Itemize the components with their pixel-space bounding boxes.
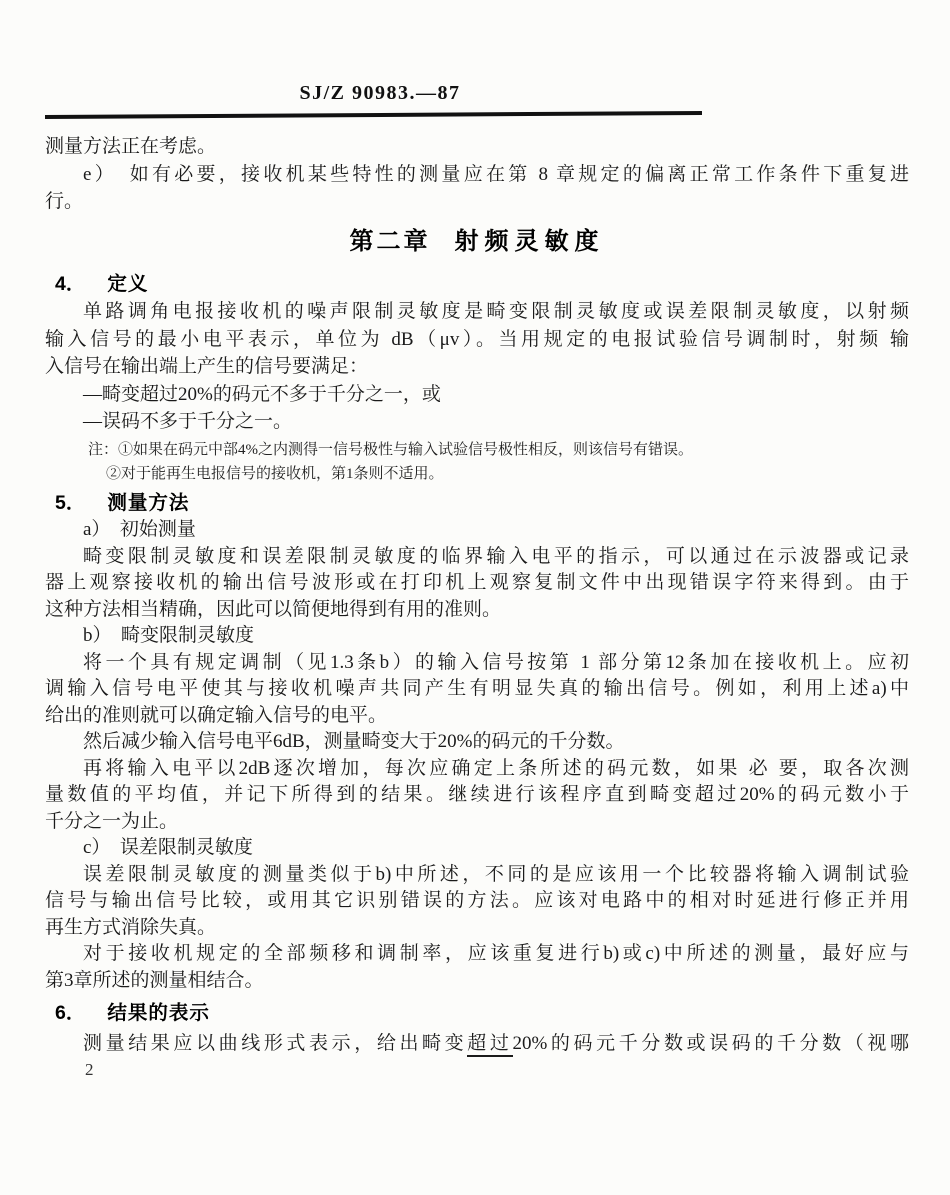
section-6-paragraph-line-1: 测量结果应以曲线形式表示，给出畸变超过20%的码元千分数或误码的千分数（视哪 — [45, 1031, 909, 1058]
section-4-note-2: ②对于能再生电报信号的接收机，第1条则不适用。 — [45, 462, 909, 486]
section-6-underlined-text: 超过 — [467, 1033, 512, 1057]
section-4-title: 定义 — [107, 273, 148, 295]
item-c-line-3: 再生方式消除失真。 — [45, 915, 909, 942]
item-b-line-4: 然后减少输入信号电平6dB，测量畸变大于20%的码元的千分数。 — [45, 729, 909, 756]
chapter-heading: 第二章射频灵敏度 — [45, 225, 909, 258]
section-5-number: 5． — [55, 492, 85, 514]
section-6-title: 结果的表示 — [107, 1002, 210, 1024]
section-4-paragraph-line-3: 入信号在输出端上产生的信号要满足： — [45, 353, 909, 381]
section-5-title: 测量方法 — [107, 492, 189, 514]
section-heading-6: 6．结果的表示 — [45, 1000, 909, 1027]
item-a-line-1: 畸变限制灵敏度和误差限制灵敏度的临界输入电平的指示，可以通过在示波器或记录 — [45, 544, 909, 571]
item-a-line-3: 这种方法相当精确，因此可以简便地得到有用的准则。 — [45, 597, 909, 624]
item-c-heading: c） 误差限制灵敏度 — [45, 835, 909, 862]
section-4-paragraph-line-1: 单路调角电报接收机的噪声限制灵敏度是畸变限制灵敏度或误差限制灵敏度，以射频 — [45, 298, 909, 326]
section-6-text-pre: 测量结果应以曲线形式表示，给出畸变 — [83, 1033, 467, 1054]
chapter-title: 射频灵敏度 — [455, 228, 605, 255]
doc-number: SJ/Z 90983.—87 — [0, 82, 760, 105]
item-b-heading: b） 畸变限制灵敏度 — [45, 623, 909, 650]
item-a-heading: a） 初始测量 — [45, 517, 909, 544]
section-6-number: 6． — [55, 1002, 85, 1024]
section-heading-5: 5．测量方法 — [45, 490, 909, 518]
preamble-line-1: 测量方法正在考虑。 — [45, 133, 909, 161]
scanned-document-page: SJ/Z 90983.—87 测量方法正在考虑。 e） 如有必要，接收机某些特性… — [0, 0, 950, 1195]
section-heading-4: 4．定义 — [45, 271, 909, 299]
item-c-line-1: 误差限制灵敏度的测量类似于b)中所述，不同的是应该用一个比较器将输入调制试验 — [45, 862, 909, 889]
item-b-line-1: 将一个具有规定调制（见1.3条b）的输入信号按第 1 部分第12条加在接收机上。… — [45, 650, 909, 677]
item-b-line-3: 给出的准则就可以确定输入信号的电平。 — [45, 703, 909, 730]
item-b-line-7: 千分之一为止。 — [45, 809, 909, 836]
item-a-line-2: 器上观察接收机的输出信号波形或在打印机上观察复制文件中出现错误字符来得到。由于 — [45, 570, 909, 597]
chapter-number: 第二章 — [350, 228, 431, 255]
section-4-number: 4． — [55, 273, 85, 295]
page-number: 2 — [85, 1060, 94, 1080]
section-5-body: a） 初始测量 畸变限制灵敏度和误差限制灵敏度的临界输入电平的指示，可以通过在示… — [45, 517, 909, 1057]
page-body: 测量方法正在考虑。 e） 如有必要，接收机某些特性的测量应在第 8 章规定的偏离… — [45, 133, 909, 1057]
item-b-line-2: 调输入信号电平使其与接收机噪声共同产生有明显失真的输出信号。例如，利用上述a)中 — [45, 676, 909, 703]
preamble-line-3: 行。 — [45, 188, 909, 216]
item-b-line-5: 再将输入电平以2dB逐次增加，每次应确定上条所述的码元数，如果 必 要，取各次测 — [45, 756, 909, 783]
section-4-paragraph-line-2: 输入信号的最小电平表示，单位为 dB（μv）。当用规定的电报试验信号调制时，射频… — [45, 326, 909, 354]
item-c-line-4: 对于接收机规定的全部频移和调制率，应该重复进行b)或c)中所述的测量，最好应与 — [45, 941, 909, 968]
section-4-list-item-2: —误码不多于千分之一。 — [45, 408, 909, 436]
section-4-note-1: 注：①如果在码元中部4%之内测得一信号极性与输入试验信号极性相反，则该信号有错误… — [45, 438, 909, 462]
preamble-line-2: e） 如有必要，接收机某些特性的测量应在第 8 章规定的偏离正常工作条件下重复进 — [45, 161, 909, 189]
header-rule — [45, 111, 702, 119]
item-c-line-2: 信号与输出信号比较，或用其它识别错误的方法。应该对电路中的相对时延进行修正并用 — [45, 888, 909, 915]
item-b-line-6: 量数值的平均值，并记下所得到的结果。继续进行该程序直到畸变超过20%的码元数小于 — [45, 782, 909, 809]
section-4-list-item-1: —畸变超过20%的码元不多于千分之一，或 — [45, 381, 909, 409]
section-6-text-post: 20%的码元千分数或误码的千分数（视哪 — [513, 1033, 910, 1054]
item-c-line-5: 第3章所述的测量相结合。 — [45, 968, 909, 995]
